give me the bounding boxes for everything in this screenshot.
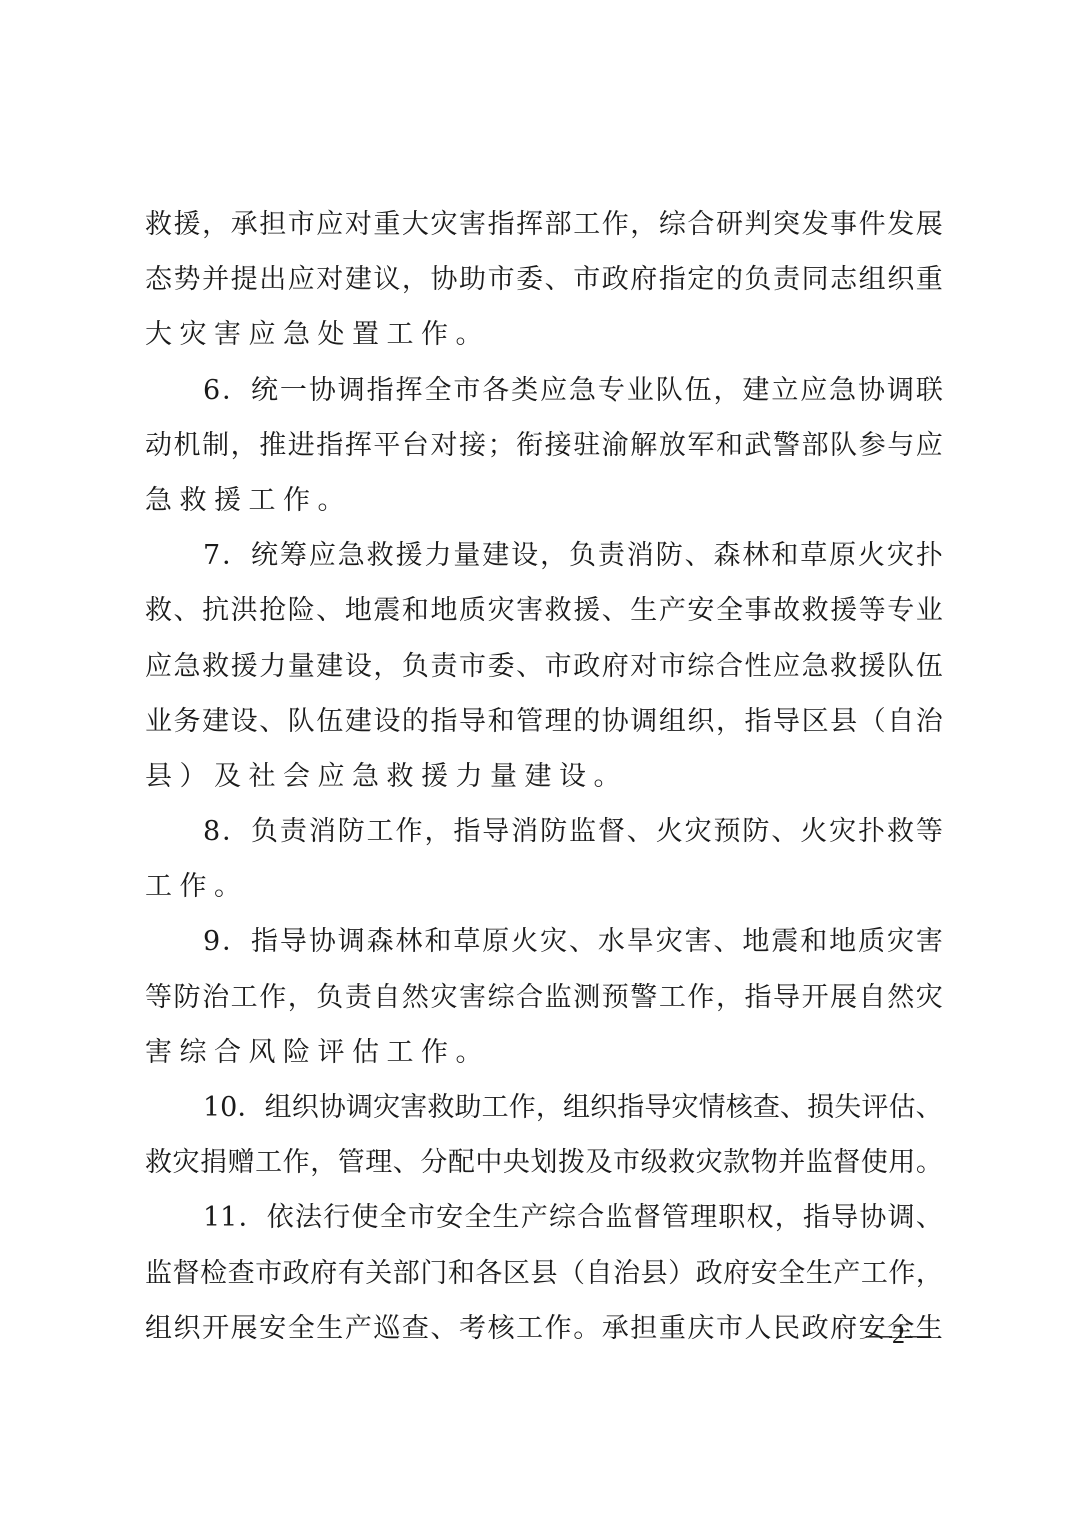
glyph: 市 xyxy=(255,1252,282,1307)
glyph: 全 xyxy=(380,1196,407,1251)
glyph: 查 xyxy=(228,1252,255,1307)
glyph: 理 xyxy=(365,1141,392,1196)
glyph: 渝 xyxy=(602,424,629,479)
glyph: 监 xyxy=(806,1141,833,1196)
glyph: 督 xyxy=(634,1196,661,1251)
glyph: 委 xyxy=(488,645,515,700)
glyph: 、 xyxy=(602,589,629,644)
glyph: 消 xyxy=(309,810,336,865)
glyph: 拨 xyxy=(558,1141,585,1196)
glyph: 森 xyxy=(714,534,741,589)
glyph: 预 xyxy=(602,976,629,1031)
glyph: 专 xyxy=(598,369,625,424)
glyph: 监 xyxy=(569,810,596,865)
glyph: 组 xyxy=(859,258,886,313)
glyph: 市 xyxy=(453,369,480,424)
glyph: 担 xyxy=(630,1307,657,1362)
glyph: 重 xyxy=(373,203,400,258)
glyph: 态 xyxy=(145,258,172,313)
glyph: 评 xyxy=(318,1031,345,1086)
glyph: ； xyxy=(488,424,515,479)
glyph: 势 xyxy=(174,258,201,313)
glyph: 应 xyxy=(318,755,345,810)
glyph: 展 xyxy=(916,203,943,258)
glyph: 害 xyxy=(145,1031,172,1086)
text-line: 组织开展安全生产巡查、考核工作。承担重庆市人民政府安全生 xyxy=(145,1307,943,1362)
glyph: 市 xyxy=(573,258,600,313)
glyph: 害 xyxy=(916,920,943,975)
glyph: 。 xyxy=(916,1141,943,1196)
glyph: 灾 xyxy=(430,203,457,258)
glyph: 对 xyxy=(345,203,372,258)
text-line: 业务建设、队伍建设的指导和管理的协调组织，指导区县（自治 xyxy=(145,700,943,755)
glyph: 和 xyxy=(488,700,515,755)
glyph: 出 xyxy=(259,258,286,313)
glyph: 设 xyxy=(231,700,258,755)
glyph: 害 xyxy=(459,203,486,258)
glyph: ， xyxy=(716,976,743,1031)
glyph: 机 xyxy=(174,424,201,479)
glyph: ， xyxy=(536,1086,563,1141)
glyph: 指 xyxy=(367,369,394,424)
glyph: 评 xyxy=(861,1086,888,1141)
glyph: 导 xyxy=(773,976,800,1031)
glyph: 武 xyxy=(744,424,771,479)
glyph: 使 xyxy=(351,1196,378,1251)
glyph: 力 xyxy=(456,755,483,810)
glyph: 责 xyxy=(773,258,800,313)
glyph: 合 xyxy=(516,976,543,1031)
glyph: 军 xyxy=(687,424,714,479)
glyph: 8 xyxy=(203,810,220,865)
glyph: 关 xyxy=(365,1252,392,1307)
glyph: 监 xyxy=(605,1196,632,1251)
glyph: 综 xyxy=(180,1031,207,1086)
glyph: ． xyxy=(237,1086,264,1141)
glyph: 救 xyxy=(367,534,394,589)
glyph: 和 xyxy=(716,424,743,479)
glyph: 大 xyxy=(145,313,172,368)
glyph: 和 xyxy=(448,1252,475,1307)
glyph: 指 xyxy=(488,203,515,258)
glyph: 工 xyxy=(255,1141,282,1196)
glyph: 应 xyxy=(800,369,827,424)
glyph: 的 xyxy=(573,700,600,755)
glyph: 责 xyxy=(598,534,625,589)
glyph: ． xyxy=(222,534,249,589)
glyph: 地 xyxy=(829,920,856,975)
text-line: 动机制，推进指挥平台对接；衔接驻渝解放军和武警部队参与应 xyxy=(145,424,943,479)
glyph: 援 xyxy=(174,203,201,258)
glyph: 责 xyxy=(345,976,372,1031)
glyph: 中 xyxy=(475,1141,502,1196)
glyph: 救 xyxy=(145,1141,172,1196)
glyph: 负 xyxy=(402,645,429,700)
glyph: 和 xyxy=(771,534,798,589)
glyph: 理 xyxy=(545,700,572,755)
glyph: 挥 xyxy=(396,369,423,424)
glyph: 作 xyxy=(602,203,629,258)
glyph: 测 xyxy=(573,976,600,1031)
glyph: 指 xyxy=(803,1196,830,1251)
glyph: 人 xyxy=(744,1307,771,1362)
glyph: 参 xyxy=(859,424,886,479)
glyph: 安 xyxy=(259,1307,286,1362)
glyph: 志 xyxy=(830,258,857,313)
glyph: 火 xyxy=(858,534,885,589)
glyph: 部 xyxy=(802,424,829,479)
glyph: 理 xyxy=(690,1196,717,1251)
glyph: 展 xyxy=(231,1307,258,1362)
glyph: 进 xyxy=(288,424,315,479)
glyph: 研 xyxy=(716,203,743,258)
glyph: 应 xyxy=(145,645,172,700)
glyph: 灾 xyxy=(696,1141,723,1196)
glyph: 警 xyxy=(773,424,800,479)
glyph: 发 xyxy=(887,203,914,258)
glyph: 建 xyxy=(202,700,229,755)
glyph: 负 xyxy=(316,976,343,1031)
text-line: 救、抗洪抢险、地震和地质灾害救援、生产安全事故救援等专业 xyxy=(145,589,943,644)
glyph: 救 xyxy=(387,755,414,810)
glyph: ， xyxy=(714,369,741,424)
glyph: 估 xyxy=(888,1086,915,1141)
glyph: 责 xyxy=(430,645,457,700)
glyph: 原 xyxy=(482,920,509,975)
glyph: 、 xyxy=(393,1141,420,1196)
glyph: 害 xyxy=(459,976,486,1031)
glyph: 织 xyxy=(687,700,714,755)
glyph: 考 xyxy=(459,1307,486,1362)
glyph: 10 xyxy=(203,1086,237,1141)
glyph: 府 xyxy=(310,1252,337,1307)
glyph: 。 xyxy=(594,755,621,810)
glyph: 业 xyxy=(145,700,172,755)
glyph: 安 xyxy=(751,1252,778,1307)
glyph: ， xyxy=(916,1252,943,1307)
glyph: 救 xyxy=(180,479,207,534)
glyph: 工 xyxy=(387,313,414,368)
glyph: ） xyxy=(180,755,207,810)
glyph: 急 xyxy=(338,534,365,589)
glyph: 对 xyxy=(630,645,657,700)
glyph: 灾 xyxy=(829,810,856,865)
glyph: 自 xyxy=(887,700,914,755)
glyph: 责 xyxy=(280,810,307,865)
glyph: 救 xyxy=(545,589,572,644)
glyph: 导 xyxy=(773,700,800,755)
glyph: 灾 xyxy=(887,534,914,589)
glyph: 驻 xyxy=(573,424,600,479)
glyph: ， xyxy=(231,424,258,479)
glyph: 巡 xyxy=(373,1307,400,1362)
glyph: 等 xyxy=(145,976,172,1031)
glyph: 工 xyxy=(387,1031,414,1086)
glyph: 量 xyxy=(490,755,517,810)
glyph: 损 xyxy=(807,1086,834,1141)
glyph: 作 xyxy=(283,479,310,534)
glyph: 伍 xyxy=(916,645,943,700)
glyph: 全 xyxy=(464,1196,491,1251)
glyph: 急 xyxy=(283,313,310,368)
glyph: 指 xyxy=(659,258,686,313)
glyph: 挥 xyxy=(345,424,372,479)
glyph: 伍 xyxy=(316,700,343,755)
glyph: 9 xyxy=(203,920,220,975)
glyph: 工 xyxy=(231,976,258,1031)
glyph: 部 xyxy=(545,203,572,258)
glyph: 推 xyxy=(259,424,286,479)
glyph: 质 xyxy=(858,920,885,975)
text-line: 害综合风险评估工作。 xyxy=(145,1031,943,1086)
glyph: 害 xyxy=(400,1086,427,1141)
glyph: 建 xyxy=(742,369,769,424)
glyph: 防 xyxy=(540,810,567,865)
glyph: 情 xyxy=(699,1086,726,1141)
glyph: ， xyxy=(424,810,451,865)
text-line: 应急救援力量建设，负责市委、市政府对市综合性应急救援队伍 xyxy=(145,645,943,700)
glyph: 调 xyxy=(338,369,365,424)
glyph: 。 xyxy=(573,1307,600,1362)
glyph: 建 xyxy=(316,645,343,700)
glyph: 扑 xyxy=(916,534,943,589)
glyph: （ xyxy=(859,700,886,755)
glyph: 协 xyxy=(309,920,336,975)
glyph: 故 xyxy=(773,589,800,644)
glyph: 划 xyxy=(530,1141,557,1196)
text-line: 等防治工作，负责自然灾害综合监测预警工作，指导开展自然灾 xyxy=(145,976,943,1031)
glyph: 配 xyxy=(448,1141,475,1196)
glyph: 织 xyxy=(887,258,914,313)
glyph: 政 xyxy=(802,1307,829,1362)
text-line: 救援，承担市应对重大灾害指挥部工作，综合研判突发事件发展 xyxy=(145,203,943,258)
glyph: 联 xyxy=(916,369,943,424)
glyph: 作 xyxy=(421,1031,448,1086)
glyph: 管 xyxy=(516,700,543,755)
glyph: 突 xyxy=(773,203,800,258)
glyph: 。 xyxy=(214,865,241,920)
glyph: 市 xyxy=(613,1141,640,1196)
glyph: 救 xyxy=(145,589,172,644)
glyph: 产 xyxy=(659,589,686,644)
glyph: 地 xyxy=(742,920,769,975)
glyph: 灾 xyxy=(180,313,207,368)
glyph: 急 xyxy=(802,645,829,700)
glyph: 产 xyxy=(345,1307,372,1362)
glyph: 业 xyxy=(916,589,943,644)
glyph: 区 xyxy=(802,700,829,755)
glyph: 估 xyxy=(352,1031,379,1086)
glyph: 和 xyxy=(800,920,827,975)
glyph: 分 xyxy=(420,1141,447,1196)
glyph: ． xyxy=(222,920,249,975)
glyph: 原 xyxy=(829,534,856,589)
glyph: 助 xyxy=(459,258,486,313)
glyph: 与 xyxy=(887,424,914,479)
glyph: 市 xyxy=(459,645,486,700)
glyph: 救 xyxy=(887,810,914,865)
glyph: 森 xyxy=(367,920,394,975)
glyph: 指 xyxy=(430,700,457,755)
glyph: 组 xyxy=(659,700,686,755)
glyph: 协 xyxy=(309,369,336,424)
glyph: 产 xyxy=(521,1196,548,1251)
glyph: 织 xyxy=(590,1086,617,1141)
glyph: 统 xyxy=(251,534,278,589)
glyph: 6 xyxy=(203,369,220,424)
glyph: 协 xyxy=(319,1086,346,1141)
glyph: 治 xyxy=(202,976,229,1031)
glyph: 用 xyxy=(888,1141,915,1196)
glyph: ） xyxy=(668,1252,695,1307)
glyph: 全 xyxy=(716,589,743,644)
glyph: 风 xyxy=(249,1031,276,1086)
glyph: 灾 xyxy=(430,976,457,1031)
glyph: 制 xyxy=(202,424,229,479)
glyph: 生 xyxy=(316,1307,343,1362)
glyph: 挥 xyxy=(516,203,543,258)
glyph: 抗 xyxy=(202,589,229,644)
text-line: 县）及社会应急救援力量建设。 xyxy=(145,755,943,810)
glyph: 灾 xyxy=(656,920,683,975)
glyph: 市 xyxy=(488,258,515,313)
glyph: 火 xyxy=(800,810,827,865)
glyph: 协 xyxy=(430,258,457,313)
glyph: 防 xyxy=(742,810,769,865)
glyph: 查 xyxy=(753,1086,780,1141)
glyph: 救 xyxy=(427,1086,454,1141)
text-line: 态势并提出应对建议，协助市委、市政府指定的负责同志组织重 xyxy=(145,258,943,313)
glyph: 作 xyxy=(259,976,286,1031)
paragraph-item-8-first-line: 8．负责消防工作，指导消防监督、火灾预防、火灾扑救等 xyxy=(145,810,943,865)
glyph: 县 xyxy=(530,1252,557,1307)
glyph: 设 xyxy=(373,700,400,755)
glyph: 查 xyxy=(402,1307,429,1362)
glyph: 火 xyxy=(656,810,683,865)
glyph: 急 xyxy=(174,645,201,700)
glyph: 综 xyxy=(488,976,515,1031)
glyph: 指 xyxy=(744,976,771,1031)
glyph: 救 xyxy=(830,645,857,700)
glyph: 力 xyxy=(424,534,451,589)
glyph: 害 xyxy=(516,589,543,644)
glyph: 失 xyxy=(834,1086,861,1141)
glyph: 并 xyxy=(778,1141,805,1196)
glyph: 作 xyxy=(509,1086,536,1141)
glyph: 组 xyxy=(145,1307,172,1362)
glyph: 灾 xyxy=(685,810,712,865)
glyph: 管 xyxy=(338,1141,365,1196)
glyph: 重 xyxy=(916,258,943,313)
glyph: 应 xyxy=(540,369,567,424)
glyph: 监 xyxy=(545,976,572,1031)
glyph: 生 xyxy=(806,1252,833,1307)
glyph: 调 xyxy=(346,1086,373,1141)
glyph: 提 xyxy=(231,258,258,313)
text-line: 救灾捐赠工作，管理、分配中央划拨及市级救灾款物并监督使用。 xyxy=(145,1141,943,1196)
glyph: 对 xyxy=(316,258,343,313)
glyph: 草 xyxy=(800,534,827,589)
glyph: 自 xyxy=(859,976,886,1031)
glyph: 监 xyxy=(145,1252,172,1307)
glyph: 社 xyxy=(249,755,276,810)
glyph: 物 xyxy=(751,1141,778,1196)
glyph: 7 xyxy=(203,534,220,589)
glyph: 应 xyxy=(309,534,336,589)
glyph: 接 xyxy=(545,424,572,479)
glyph: 大 xyxy=(402,203,429,258)
glyph: 性 xyxy=(744,645,771,700)
glyph: 立 xyxy=(771,369,798,424)
glyph: 及 xyxy=(214,755,241,810)
glyph: 应 xyxy=(316,203,343,258)
glyph: 会 xyxy=(283,755,310,810)
glyph: 治 xyxy=(916,700,943,755)
glyph: 、 xyxy=(430,1307,457,1362)
glyph: 检 xyxy=(200,1252,227,1307)
page-number: —2— xyxy=(866,1320,931,1350)
glyph: 发 xyxy=(802,203,829,258)
document-body: 救援，承担市应对重大灾害指挥部工作，综合研判突发事件发展 态势并提出应对建议，协… xyxy=(145,203,943,1362)
glyph: 承 xyxy=(231,203,258,258)
glyph: 台 xyxy=(402,424,429,479)
glyph: 险 xyxy=(283,1031,310,1086)
glyph: 队 xyxy=(887,645,914,700)
glyph: 水 xyxy=(598,920,625,975)
glyph: 设 xyxy=(559,755,586,810)
glyph: ， xyxy=(202,203,229,258)
glyph: 地 xyxy=(345,589,372,644)
glyph: 然 xyxy=(887,976,914,1031)
text-line: 急救援工作。 xyxy=(145,479,943,534)
glyph: 件 xyxy=(859,203,886,258)
glyph: 及 xyxy=(586,1141,613,1196)
glyph: 工 xyxy=(249,479,276,534)
glyph: 、 xyxy=(714,920,741,975)
glyph: 、 xyxy=(916,1196,943,1251)
glyph: 委 xyxy=(516,258,543,313)
glyph: ． xyxy=(239,1196,266,1251)
glyph: 府 xyxy=(602,645,629,700)
text-line: 大灾害应急处置工作。 xyxy=(145,313,943,368)
glyph: 放 xyxy=(659,424,686,479)
glyph: 预 xyxy=(714,810,741,865)
glyph: 援 xyxy=(859,645,886,700)
glyph: 市 xyxy=(288,203,315,258)
glyph: 灾 xyxy=(540,920,567,975)
glyph: 安 xyxy=(687,589,714,644)
glyph: ， xyxy=(716,700,743,755)
glyph: 。 xyxy=(456,313,483,368)
glyph: 务 xyxy=(174,700,201,755)
glyph: 管 xyxy=(662,1196,689,1251)
glyph: 应 xyxy=(249,313,276,368)
glyph: 衔 xyxy=(516,424,543,479)
glyph: 市 xyxy=(716,1307,743,1362)
glyph: 市 xyxy=(659,645,686,700)
glyph: 急 xyxy=(352,755,379,810)
glyph: 灾 xyxy=(671,1086,698,1141)
glyph: 设 xyxy=(511,534,538,589)
glyph: 援 xyxy=(573,589,600,644)
glyph: 急 xyxy=(145,479,172,534)
glyph: 市 xyxy=(545,645,572,700)
glyph: 导 xyxy=(831,1196,858,1251)
glyph: 解 xyxy=(630,424,657,479)
glyph: 防 xyxy=(174,976,201,1031)
glyph: ． xyxy=(222,810,249,865)
glyph: 作 xyxy=(888,1252,915,1307)
